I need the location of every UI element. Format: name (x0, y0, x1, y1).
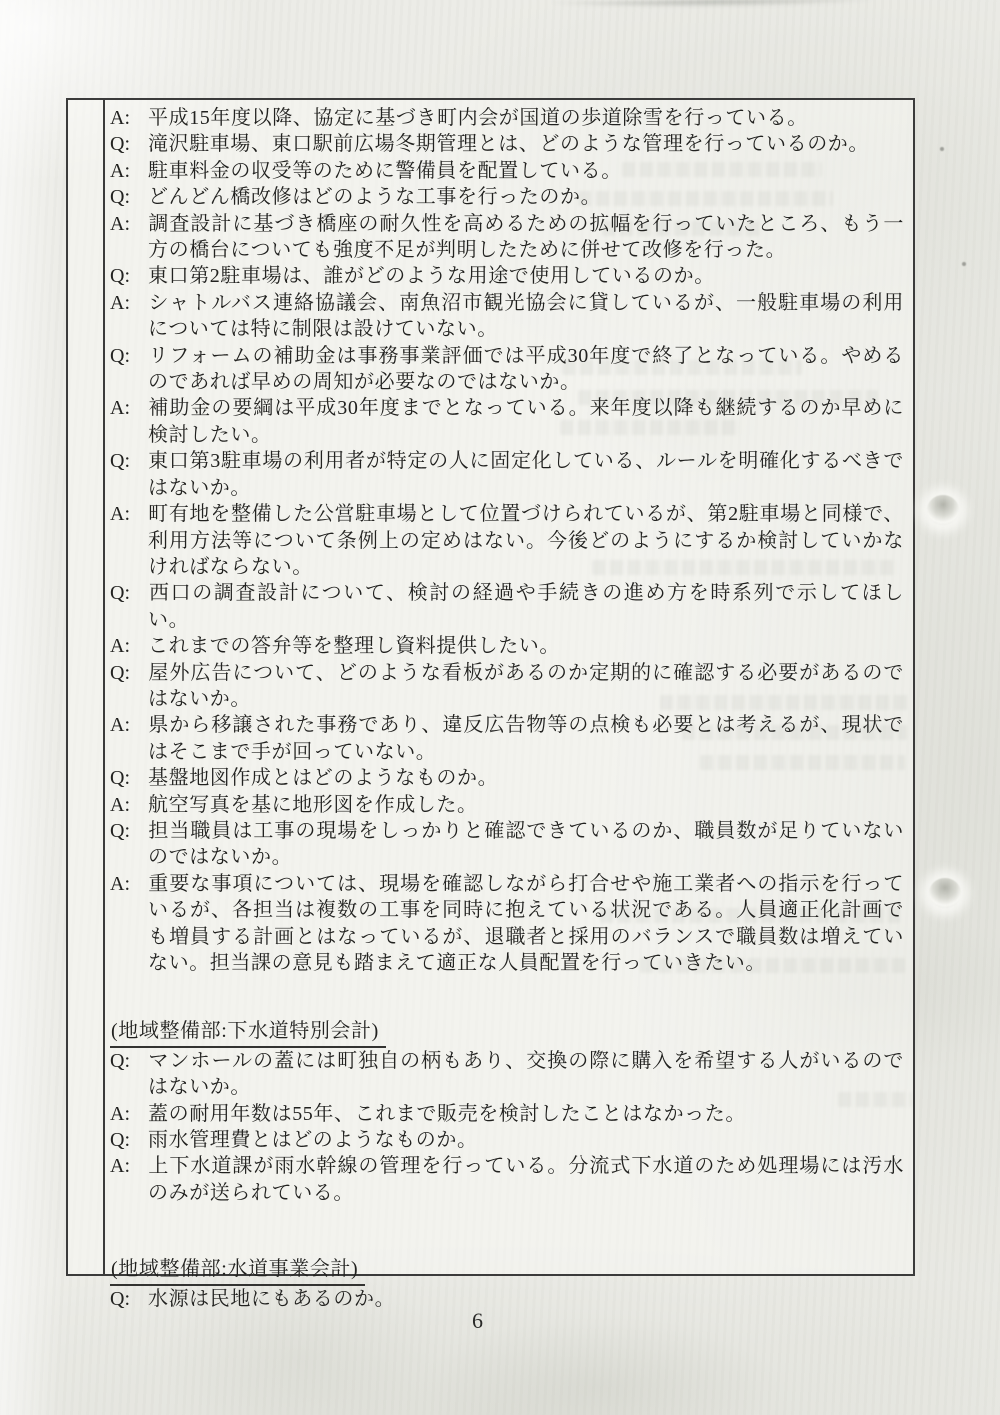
qa-text: 駐車料金の収受等のために警備員を配置している。 (148, 160, 622, 182)
speaker-label: Q: (110, 1048, 148, 1074)
qa-item-question: Q:雨水管理費とはどのようなものか。 (110, 1127, 904, 1153)
paper-speck (962, 262, 966, 266)
speaker-label: A: (110, 501, 148, 527)
speaker-label: Q: (110, 131, 148, 157)
qa-item-question: Q:滝沢駐車場、東口駅前広場冬期管理とは、どのような管理を行っているのか。 (110, 131, 904, 157)
qa-text: 県から移譲された事務であり、違反広告物等の点検も必要とは考えるが、現状ではそこま… (148, 714, 904, 762)
qa-item-answer: A:シャトルバス連絡協議会、南魚沼市観光協会に貸しているが、一般駐車場の利用につ… (110, 290, 904, 343)
qa-item-question: Q:西口の調査設計について、検討の経過や手続きの進め方を時系列で示してほしい。 (110, 580, 904, 633)
speaker-label: A: (110, 871, 148, 897)
speaker-label: Q: (110, 263, 148, 289)
qa-text: 平成15年度以降、協定に基づき町内会が国道の歩道除雪を行っている。 (148, 107, 808, 129)
section-heading: (地域整備部:水道事業会計) (110, 1256, 365, 1285)
paper-speck (940, 147, 944, 151)
speaker-label: A: (110, 211, 148, 237)
speaker-label: A: (110, 792, 148, 818)
qa-text: 東口第3駐車場の利用者が特定の人に固定化している、ルールを明確化するべきではない… (148, 450, 904, 498)
qa-text: 水源は民地にもあるのか。 (148, 1288, 395, 1310)
speaker-label: A: (110, 395, 148, 421)
section-heading: (地域整備部:下水道特別会計) (110, 1018, 386, 1047)
qa-item-answer: A:町有地を整備した公営駐車場として位置づけられているが、第2駐車場と同様で、利… (110, 501, 904, 580)
speaker-label: Q: (110, 660, 148, 686)
qa-item-question: Q:基盤地図作成とはどのようなものか。 (110, 765, 904, 791)
qa-text: どんどん橋改修はどのような工事を行ったのか。 (148, 186, 601, 208)
qa-item-answer: A:これまでの答弁等を整理し資料提供したい。 (110, 633, 904, 659)
qa-item-answer: A:航空写真を基に地形図を作成した。 (110, 792, 904, 818)
qa-text: 調査設計に基づき橋座の耐久性を高めるための拡幅を行っていたところ、もう一方の橋台… (148, 213, 904, 261)
qa-text: 航空写真を基に地形図を作成した。 (148, 794, 478, 816)
qa-text: 雨水管理費とはどのようなものか。 (148, 1129, 478, 1151)
qa-text: 補助金の要綱は平成30年度までとなっている。来年度以降も継続するのか早めに検討し… (148, 397, 904, 445)
qa-text: 基盤地図作成とはどのようなものか。 (148, 767, 498, 789)
qa-item-answer: A:上下水道課が雨水幹線の管理を行っている。分流式下水道のため処理場には汚水のみ… (110, 1153, 904, 1206)
speaker-label: A: (110, 290, 148, 316)
qa-text: 滝沢駐車場、東口駅前広場冬期管理とは、どのような管理を行っているのか。 (148, 133, 869, 155)
scan-smudge (552, 0, 872, 9)
document-frame: A:平成15年度以降、協定に基づき町内会が国道の歩道除雪を行っている。Q:滝沢駐… (66, 98, 915, 1276)
qa-item-answer: A:調査設計に基づき橋座の耐久性を高めるための拡幅を行っていたところ、もう一方の… (110, 211, 904, 264)
qa-section: (地域整備部:下水道特別会計)Q:マンホールの蓋には町独自の柄もあり、交換の際に… (110, 1018, 904, 1206)
qa-item-question: Q:担当職員は工事の現場をしっかりと確認できているのか、職員数が足りていないので… (110, 818, 904, 871)
qa-item-answer: A:補助金の要綱は平成30年度までとなっている。来年度以降も継続するのか早めに検… (110, 395, 904, 448)
qa-item-question: Q:東口第2駐車場は、誰がどのような用途で使用しているのか。 (110, 263, 904, 289)
qa-text: 担当職員は工事の現場をしっかりと確認できているのか、職員数が足りていないのではな… (148, 820, 904, 868)
speaker-label: Q: (110, 184, 148, 210)
qa-text: リフォームの補助金は事務事業評価では平成30年度で終了となっている。やめるのであ… (148, 345, 904, 393)
qa-item-answer: A:平成15年度以降、協定に基づき町内会が国道の歩道除雪を行っている。 (110, 105, 904, 131)
page-number: 6 (0, 1308, 956, 1334)
speaker-label: A: (110, 105, 148, 131)
qa-item-answer: A:重要な事項については、現場を確認しながら打合せや施工業者への指示を行っている… (110, 871, 904, 977)
table-left-column (68, 100, 105, 1274)
qa-section: (地域整備部:水道事業会計)Q:水源は民地にもあるのか。 (110, 1256, 904, 1312)
qa-text: 東口第2駐車場は、誰がどのような用途で使用しているのか。 (148, 265, 715, 287)
qa-item-question: Q:リフォームの補助金は事務事業評価では平成30年度で終了となっている。やめるの… (110, 343, 904, 396)
qa-text: 屋外広告について、どのような看板があるのか定期的に確認する必要があるのではないか… (148, 662, 904, 710)
qa-text: マンホールの蓋には町独自の柄もあり、交換の際に購入を希望する人がいるのではないか… (148, 1050, 904, 1098)
speaker-label: Q: (110, 448, 148, 474)
qa-item-question: Q:東口第3駐車場の利用者が特定の人に固定化している、ルールを明確化するべきでは… (110, 448, 904, 501)
punch-hole-mark-top (927, 495, 959, 525)
punch-hole-mark-bottom (929, 878, 961, 908)
qa-item-question: Q:マンホールの蓋には町独自の柄もあり、交換の際に購入を希望する人がいるのではな… (110, 1048, 904, 1101)
qa-text: これまでの答弁等を整理し資料提供したい。 (148, 635, 560, 657)
qa-section: A:平成15年度以降、協定に基づき町内会が国道の歩道除雪を行っている。Q:滝沢駐… (110, 105, 904, 976)
speaker-label: A: (110, 158, 148, 184)
speaker-label: Q: (110, 765, 148, 791)
qa-item-answer: A:県から移譲された事務であり、違反広告物等の点検も必要とは考えるが、現状ではそ… (110, 712, 904, 765)
qa-text: 重要な事項については、現場を確認しながら打合せや施工業者への指示を行っているが、… (148, 873, 904, 974)
qa-text: 蓋の耐用年数は55年、これまで販売を検討したことはなかった。 (148, 1103, 746, 1125)
speaker-label: Q: (110, 343, 148, 369)
qa-item-answer: A:駐車料金の収受等のために警備員を配置している。 (110, 158, 904, 184)
speaker-label: A: (110, 1101, 148, 1127)
speaker-label: A: (110, 1153, 148, 1179)
speaker-label: A: (110, 633, 148, 659)
qa-item-answer: A:蓋の耐用年数は55年、これまで販売を検討したことはなかった。 (110, 1101, 904, 1127)
qa-text: 西口の調査設計について、検討の経過や手続きの進め方を時系列で示してほしい。 (148, 582, 904, 630)
qa-item-question: Q:どんどん橋改修はどのような工事を行ったのか。 (110, 184, 904, 210)
qa-content: A:平成15年度以降、協定に基づき町内会が国道の歩道除雪を行っている。Q:滝沢駐… (105, 100, 913, 1274)
speaker-label: Q: (110, 818, 148, 844)
speaker-label: Q: (110, 580, 148, 606)
scanned-document-page: { "page": { "number": "6" }, "colors": {… (0, 0, 1000, 1415)
speaker-label: A: (110, 712, 148, 738)
qa-text: 上下水道課が雨水幹線の管理を行っている。分流式下水道のため処理場には汚水のみが送… (148, 1155, 904, 1203)
qa-item-question: Q:屋外広告について、どのような看板があるのか定期的に確認する必要があるのではな… (110, 660, 904, 713)
qa-text: シャトルバス連絡協議会、南魚沼市観光協会に貸しているが、一般駐車場の利用について… (148, 292, 904, 340)
speaker-label: Q: (110, 1127, 148, 1153)
qa-text: 町有地を整備した公営駐車場として位置づけられているが、第2駐車場と同様で、利用方… (148, 503, 904, 578)
